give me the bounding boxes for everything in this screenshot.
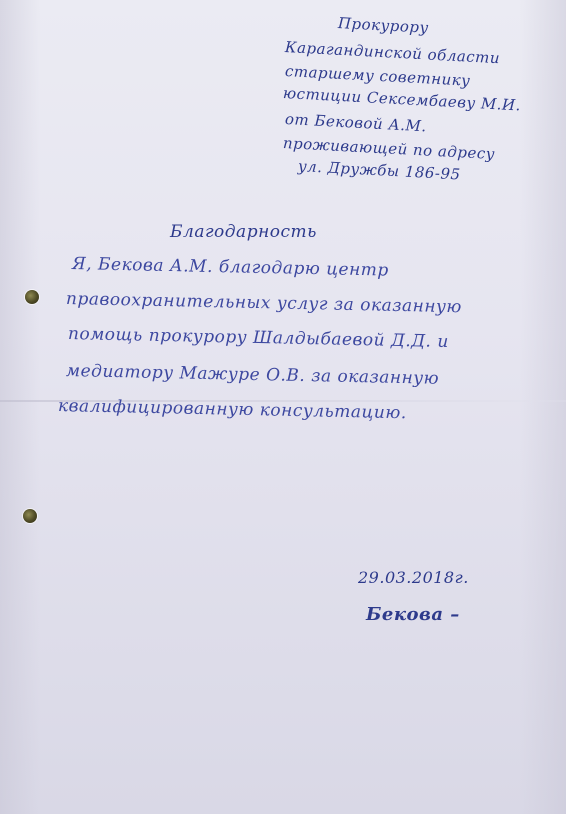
- addressee-line: юстиции Сексембаеву М.И.: [283, 84, 522, 114]
- body-line: Я, Бекова А.М. благодарю центр: [72, 254, 389, 281]
- body-line: помощь прокурору Шалдыбаевой Д.Д. и: [68, 324, 449, 352]
- addressee-line: от Бековой А.М.: [285, 110, 428, 135]
- document-page: Прокурору Карагандинской области старшем…: [0, 0, 566, 814]
- signature: Бекова –: [366, 604, 460, 625]
- addressee-line: ул. Дружбы 186-95: [298, 157, 461, 183]
- document-date: 29.03.2018г.: [358, 568, 469, 587]
- punch-hole-top: [25, 290, 39, 304]
- body-line: правоохранительных услуг за оказанную: [66, 289, 462, 317]
- document-title: Благодарность: [170, 222, 317, 242]
- punch-hole-bottom: [23, 509, 37, 523]
- addressee-line: Прокурору: [338, 14, 430, 37]
- body-line: медиатору Мажуре О.В. за оказанную: [66, 361, 440, 389]
